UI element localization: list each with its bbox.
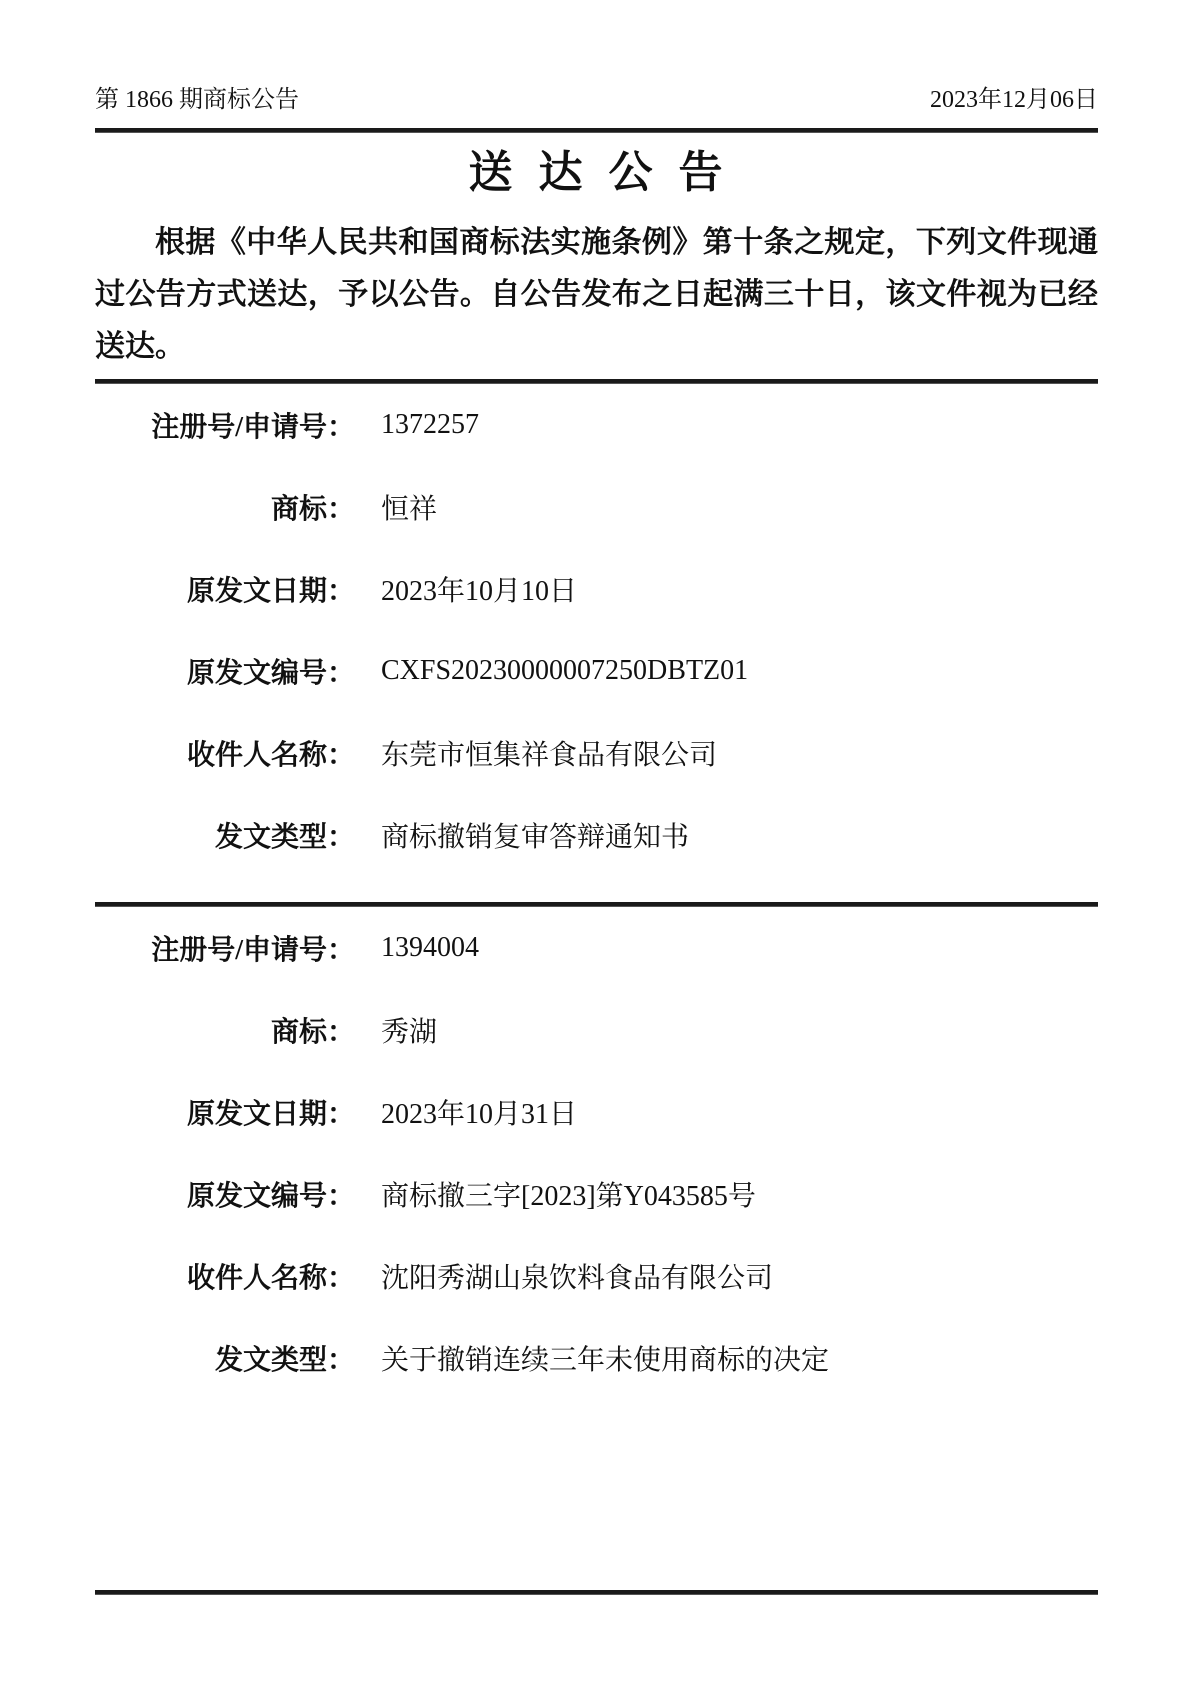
field-value: 恒祥 <box>381 487 437 527</box>
field-row: 发文类型：商标撤销复审答辩通知书 <box>95 794 1098 876</box>
header-divider <box>95 128 1098 133</box>
field-label: 原发文编号： <box>95 1174 355 1214</box>
notice-record: 注册号/申请号：1394004商标：秀湖原发文日期：2023年10月31日原发文… <box>95 907 1098 1425</box>
field-row: 注册号/申请号：1394004 <box>95 907 1098 989</box>
field-label: 原发文日期： <box>95 569 355 609</box>
field-label: 发文类型： <box>95 1338 355 1378</box>
field-value: 2023年10月10日 <box>381 569 577 609</box>
notice-record: 注册号/申请号：1372257商标：恒祥原发文日期：2023年10月10日原发文… <box>95 384 1098 902</box>
field-row: 原发文编号：CXFS20230000007250DBTZ01 <box>95 630 1098 712</box>
field-value: 1394004 <box>381 932 479 964</box>
field-label: 收件人名称： <box>95 1256 355 1296</box>
field-row: 注册号/申请号：1372257 <box>95 384 1098 466</box>
field-label: 商标： <box>95 487 355 527</box>
field-value: 2023年10月31日 <box>381 1092 577 1132</box>
field-value: 东莞市恒集祥食品有限公司 <box>381 733 717 773</box>
field-label: 商标： <box>95 1010 355 1050</box>
field-row: 原发文编号：商标撤三字[2023]第Y043585号 <box>95 1153 1098 1235</box>
gazette-issue-label: 第 1866 期商标公告 <box>95 86 299 114</box>
field-value: 商标撤三字[2023]第Y043585号 <box>381 1174 756 1214</box>
field-row: 商标：恒祥 <box>95 466 1098 548</box>
field-label: 注册号/申请号： <box>95 928 355 968</box>
intro-paragraph: 根据《中华人民共和国商标法实施条例》第十条之规定，下列文件现通过公告方式送达，予… <box>95 217 1098 373</box>
field-label: 原发文编号： <box>95 651 355 691</box>
field-row: 发文类型：关于撤销连续三年未使用商标的决定 <box>95 1317 1098 1399</box>
gazette-date-label: 2023年12月06日 <box>930 86 1098 114</box>
field-value: 沈阳秀湖山泉饮料食品有限公司 <box>381 1256 773 1296</box>
field-value: CXFS20230000007250DBTZ01 <box>381 655 748 687</box>
page-title: 送 达 公 告 <box>95 147 1098 199</box>
field-label: 原发文日期： <box>95 1092 355 1132</box>
document-page: 第 1866 期商标公告 2023年12月06日 送 达 公 告 根据《中华人民… <box>0 0 1190 1684</box>
field-row: 商标：秀湖 <box>95 989 1098 1071</box>
field-row: 收件人名称：东莞市恒集祥食品有限公司 <box>95 712 1098 794</box>
notice-records: 注册号/申请号：1372257商标：恒祥原发文日期：2023年10月10日原发文… <box>95 384 1098 1425</box>
bottom-divider <box>95 1590 1098 1595</box>
field-value: 商标撤销复审答辩通知书 <box>381 815 689 855</box>
field-value: 关于撤销连续三年未使用商标的决定 <box>381 1338 829 1378</box>
page-header: 第 1866 期商标公告 2023年12月06日 <box>95 86 1098 114</box>
field-label: 注册号/申请号： <box>95 405 355 445</box>
field-value: 秀湖 <box>381 1010 437 1050</box>
field-row: 收件人名称：沈阳秀湖山泉饮料食品有限公司 <box>95 1235 1098 1317</box>
field-row: 原发文日期：2023年10月31日 <box>95 1071 1098 1153</box>
field-label: 发文类型： <box>95 815 355 855</box>
field-value: 1372257 <box>381 409 479 441</box>
field-row: 原发文日期：2023年10月10日 <box>95 548 1098 630</box>
field-label: 收件人名称： <box>95 733 355 773</box>
